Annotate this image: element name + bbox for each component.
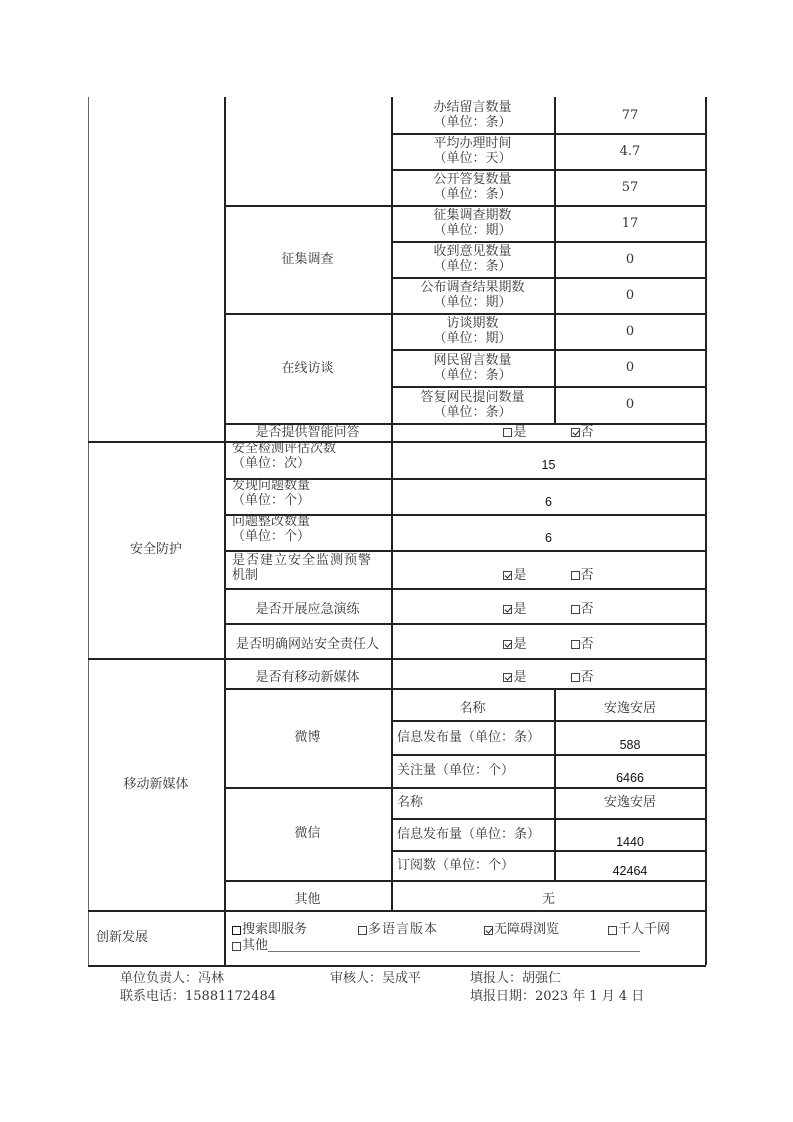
item-label-cont: 机制 xyxy=(232,568,258,583)
responsible-no[interactable]: 否 xyxy=(571,637,594,652)
unit-label: （单位：期） xyxy=(433,295,511,310)
row-label-opinions: 收到意见数量 （单位：条） xyxy=(391,241,554,277)
reviewer: 审核人：吴成平 xyxy=(330,967,421,986)
item-label: 办结留言数量 xyxy=(433,100,511,115)
drill-options: 是 否 xyxy=(391,592,706,627)
weibo-name-value: 安逸安居 xyxy=(554,692,706,724)
innovation-label: 创新发展 xyxy=(88,910,224,965)
row-label-netizen-messages: 网民留言数量 （单位：条） xyxy=(391,349,554,386)
smart-qa-yes[interactable]: 是 xyxy=(503,425,526,440)
item-label: 安全检测评估次数 xyxy=(232,441,336,456)
has-mobile-yes[interactable]: 是 xyxy=(503,670,526,685)
option-label: 是 xyxy=(513,637,526,652)
item-label: 公布调查结果期数 xyxy=(420,280,524,295)
wechat-name-label: 名称 xyxy=(391,787,554,818)
option-accessibility[interactable]: 无障碍浏览 xyxy=(484,922,608,938)
item-label: 公开答复数量 xyxy=(433,172,511,187)
unit-label: （单位：期） xyxy=(433,223,511,238)
option-label: 搜索即服务 xyxy=(242,922,307,938)
smart-qa-options: 是 否 xyxy=(391,423,706,441)
weibo-label: 微博 xyxy=(224,688,391,787)
checkbox-checked-icon[interactable] xyxy=(503,605,512,614)
monitoring-yes[interactable]: 是 xyxy=(503,568,526,583)
other-input-line[interactable] xyxy=(268,950,640,952)
row-label-netizen-replies: 答复网民提问数量 （单位：条） xyxy=(391,386,554,423)
checkbox-checked-icon[interactable] xyxy=(484,926,493,935)
checkbox-checked-icon[interactable] xyxy=(571,428,580,437)
option-label: 其他 xyxy=(242,938,268,954)
item-label: 是否建立安全监测预警 xyxy=(232,553,372,568)
row-label-issues-found: 发现问题数量 （单位：个） xyxy=(224,478,391,514)
has-mobile-no[interactable]: 否 xyxy=(571,670,594,685)
row-label-avg-time: 平均办理时间 （单位：天） xyxy=(391,133,554,169)
checkbox-icon[interactable] xyxy=(571,673,580,682)
filler: 填报人：胡强仁 xyxy=(470,967,561,986)
value-interview-periods: 0 xyxy=(554,313,706,349)
option-multilingual[interactable]: 多语言版本 xyxy=(358,922,484,938)
innovation-options: 搜索即服务 多语言版本 无障碍浏览 千人千网 其他 xyxy=(232,922,702,954)
checkbox-icon[interactable] xyxy=(571,605,580,614)
checkbox-icon[interactable] xyxy=(358,926,367,935)
value-issues-fixed: 6 xyxy=(391,520,706,556)
other-media-label: 其他 xyxy=(224,884,391,914)
option-label: 否 xyxy=(581,637,594,652)
unit-label: （单位：条） xyxy=(433,368,511,383)
value-public-replies: 57 xyxy=(554,169,706,205)
value-netizen-replies: 0 xyxy=(554,386,706,423)
security-label: 安全防护 xyxy=(88,441,224,658)
row-label-monitoring: 是否建立安全监测预警 机制 xyxy=(224,550,391,588)
item-label: 发现问题数量 xyxy=(232,478,310,493)
unit-label: （单位：个） xyxy=(232,493,310,508)
checkbox-icon[interactable] xyxy=(503,428,512,437)
option-search-service[interactable]: 搜索即服务 xyxy=(232,922,358,938)
wechat-posts-label: 信息发布量（单位：条） xyxy=(391,818,554,850)
checkbox-icon[interactable] xyxy=(232,942,241,951)
weibo-followers-label: 关注量（单位：个） xyxy=(391,754,554,787)
responsible-yes[interactable]: 是 xyxy=(503,637,526,652)
item-label: 访谈期数 xyxy=(446,316,498,331)
checkbox-checked-icon[interactable] xyxy=(503,640,512,649)
row-label-public-replies: 公开答复数量 （单位：条） xyxy=(391,169,554,205)
option-label: 否 xyxy=(581,670,594,685)
unit-label: （单位：期） xyxy=(433,331,511,346)
unit-label: （单位：条） xyxy=(433,115,511,130)
option-personalized[interactable]: 千人千网 xyxy=(608,922,670,938)
interview-label: 在线访谈 xyxy=(224,313,391,423)
drill-no[interactable]: 否 xyxy=(571,602,594,617)
wechat-label: 微信 xyxy=(224,787,391,880)
unit-label: （单位：条） xyxy=(433,405,511,420)
checkbox-icon[interactable] xyxy=(608,926,617,935)
drill-yes[interactable]: 是 xyxy=(503,602,526,617)
responsible-person: 单位负责人：冯林 xyxy=(120,967,224,986)
item-label: 收到意见数量 xyxy=(433,244,511,259)
item-label: 问题整改数量 xyxy=(232,514,310,529)
unit-label: （单位：个） xyxy=(232,529,310,544)
option-label: 无障碍浏览 xyxy=(494,922,559,938)
value-security-tests: 15 xyxy=(391,447,706,484)
value-netizen-messages: 0 xyxy=(554,349,706,386)
row-label-responsible-person: 是否明确网站安全责任人 xyxy=(224,627,391,662)
has-mobile-options: 是 否 xyxy=(391,662,706,692)
monitoring-options: 是 否 xyxy=(391,556,706,594)
value-opinions: 0 xyxy=(554,241,706,277)
item-label: 征集调查期数 xyxy=(433,208,511,223)
other-media-value: 无 xyxy=(391,884,706,914)
checkbox-icon[interactable] xyxy=(232,926,241,935)
value-survey-results: 0 xyxy=(554,277,706,313)
option-label: 多语言版本 xyxy=(368,922,438,938)
row-label-interview-periods: 访谈期数 （单位：期） xyxy=(391,313,554,349)
row-label-drill: 是否开展应急演练 xyxy=(224,592,391,627)
option-label: 是 xyxy=(513,670,526,685)
option-label: 否 xyxy=(581,602,594,617)
option-label: 是 xyxy=(513,568,526,583)
monitoring-no[interactable]: 否 xyxy=(571,568,594,583)
survey-label: 征集调查 xyxy=(224,205,391,313)
option-label: 否 xyxy=(581,568,594,583)
wechat-subscribers-label: 订阅数（单位：个） xyxy=(391,850,554,880)
item-label: 平均办理时间 xyxy=(433,136,511,151)
value-avg-time: 4.7 xyxy=(554,133,706,169)
value-closed-messages: 77 xyxy=(554,97,706,133)
checkbox-icon[interactable] xyxy=(571,640,580,649)
weibo-posts-value: 588 xyxy=(554,728,706,762)
smart-qa-label: 是否提供智能问答 xyxy=(224,423,391,441)
option-label: 是 xyxy=(513,425,526,440)
smart-qa-no[interactable]: 否 xyxy=(571,425,594,440)
item-label: 答复网民提问数量 xyxy=(420,390,524,405)
report-date: 填报日期：2023 年 1 月 4 日 xyxy=(470,985,644,1004)
responsible-person-options: 是 否 xyxy=(391,627,706,662)
value-issues-found: 6 xyxy=(391,484,706,520)
checkbox-icon[interactable] xyxy=(571,571,580,580)
option-label: 千人千网 xyxy=(618,922,670,938)
mobile-label: 移动新媒体 xyxy=(88,658,224,910)
option-label: 否 xyxy=(581,425,594,440)
row-label-survey-results: 公布调查结果期数 （单位：期） xyxy=(391,277,554,313)
unit-label: （单位：天） xyxy=(433,151,511,166)
wechat-subscribers-value: 42464 xyxy=(554,856,706,886)
wechat-name-value: 安逸安居 xyxy=(554,787,706,818)
row-label-issues-fixed: 问题整改数量 （单位：个） xyxy=(224,514,391,550)
row-label-security-tests: 安全检测评估次数 （单位：次） xyxy=(224,441,391,478)
option-other[interactable]: 其他 xyxy=(232,938,268,954)
option-label: 是 xyxy=(513,602,526,617)
item-label: 网民留言数量 xyxy=(433,353,511,368)
unit-label: （单位：次） xyxy=(232,456,310,471)
checkbox-checked-icon[interactable] xyxy=(503,571,512,580)
unit-label: （单位：条） xyxy=(433,187,511,202)
unit-label: （单位：条） xyxy=(433,259,511,274)
contact-phone: 联系电话：15881172484 xyxy=(120,985,276,1004)
wechat-posts-value: 1440 xyxy=(554,826,706,858)
checkbox-checked-icon[interactable] xyxy=(503,673,512,682)
row-label-survey-periods: 征集调查期数 （单位：期） xyxy=(391,205,554,241)
weibo-posts-label: 信息发布量（单位：条） xyxy=(391,720,554,754)
value-survey-periods: 17 xyxy=(554,205,706,241)
row-label-closed-messages: 办结留言数量 （单位：条） xyxy=(391,97,554,133)
